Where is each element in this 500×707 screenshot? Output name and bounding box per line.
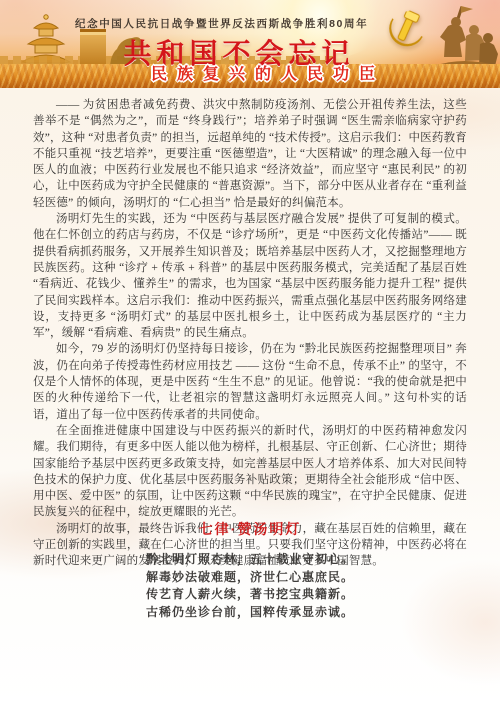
poem-line: 解毒妙法破难题，济世仁心惠庶民。 (0, 569, 500, 587)
header-banner: 纪念中国人民抗日战争暨世界反法西斯战争胜利80周年 共和国不会忘记 民族复兴的人… (0, 0, 500, 88)
sub-title: 民族复兴的人民功臣 (18, 61, 500, 84)
poem-section: 七律·赞汤明灯 黔北明灯照杏林，五十载业守初心。 解毒妙法破难题，济世仁心惠庶民… (0, 519, 500, 621)
article-paragraph: 在全面推进健康中国建设与中医药振兴的新时代，汤明灯的中医药精神愈发闪耀。我们期待… (33, 423, 467, 521)
article-paragraph: 汤明灯先生的实践，还为 “中医药与基层医疗融合发展” 提供了可复制的模式。他在仁… (33, 211, 467, 341)
poem-title: 七律·赞汤明灯 (0, 519, 500, 539)
commemoration-banner-text: 纪念中国人民抗日战争暨世界反法西斯战争胜利80周年 (75, 16, 355, 31)
poem-line: 黔北明灯照杏林，五十载业守初心。 (0, 551, 500, 569)
commemorative-article-page: 纪念中国人民抗日战争暨世界反法西斯战争胜利80周年 共和国不会忘记 民族复兴的人… (0, 0, 500, 707)
article-paragraph: 如今，79 岁的汤明灯仍坚持每日接诊，仍在为 “黔北民族医药挖掘整理项目” 奔波… (33, 341, 467, 422)
article-body: —— 为贫困患者减免药费、洪灾中熬制防疫汤剂、无偿公开祖传养生法，这些善举不是 … (0, 88, 500, 570)
poem-line: 古稀仍坐诊台前，国粹传承显赤诚。 (0, 604, 500, 622)
article-paragraph: —— 为贫困患者减免药费、洪灾中熬制防疫汤剂、无偿公开祖传养生法，这些善举不是 … (33, 97, 467, 211)
poem-line: 传艺育人薪火续，著书挖宝典籍新。 (0, 586, 500, 604)
